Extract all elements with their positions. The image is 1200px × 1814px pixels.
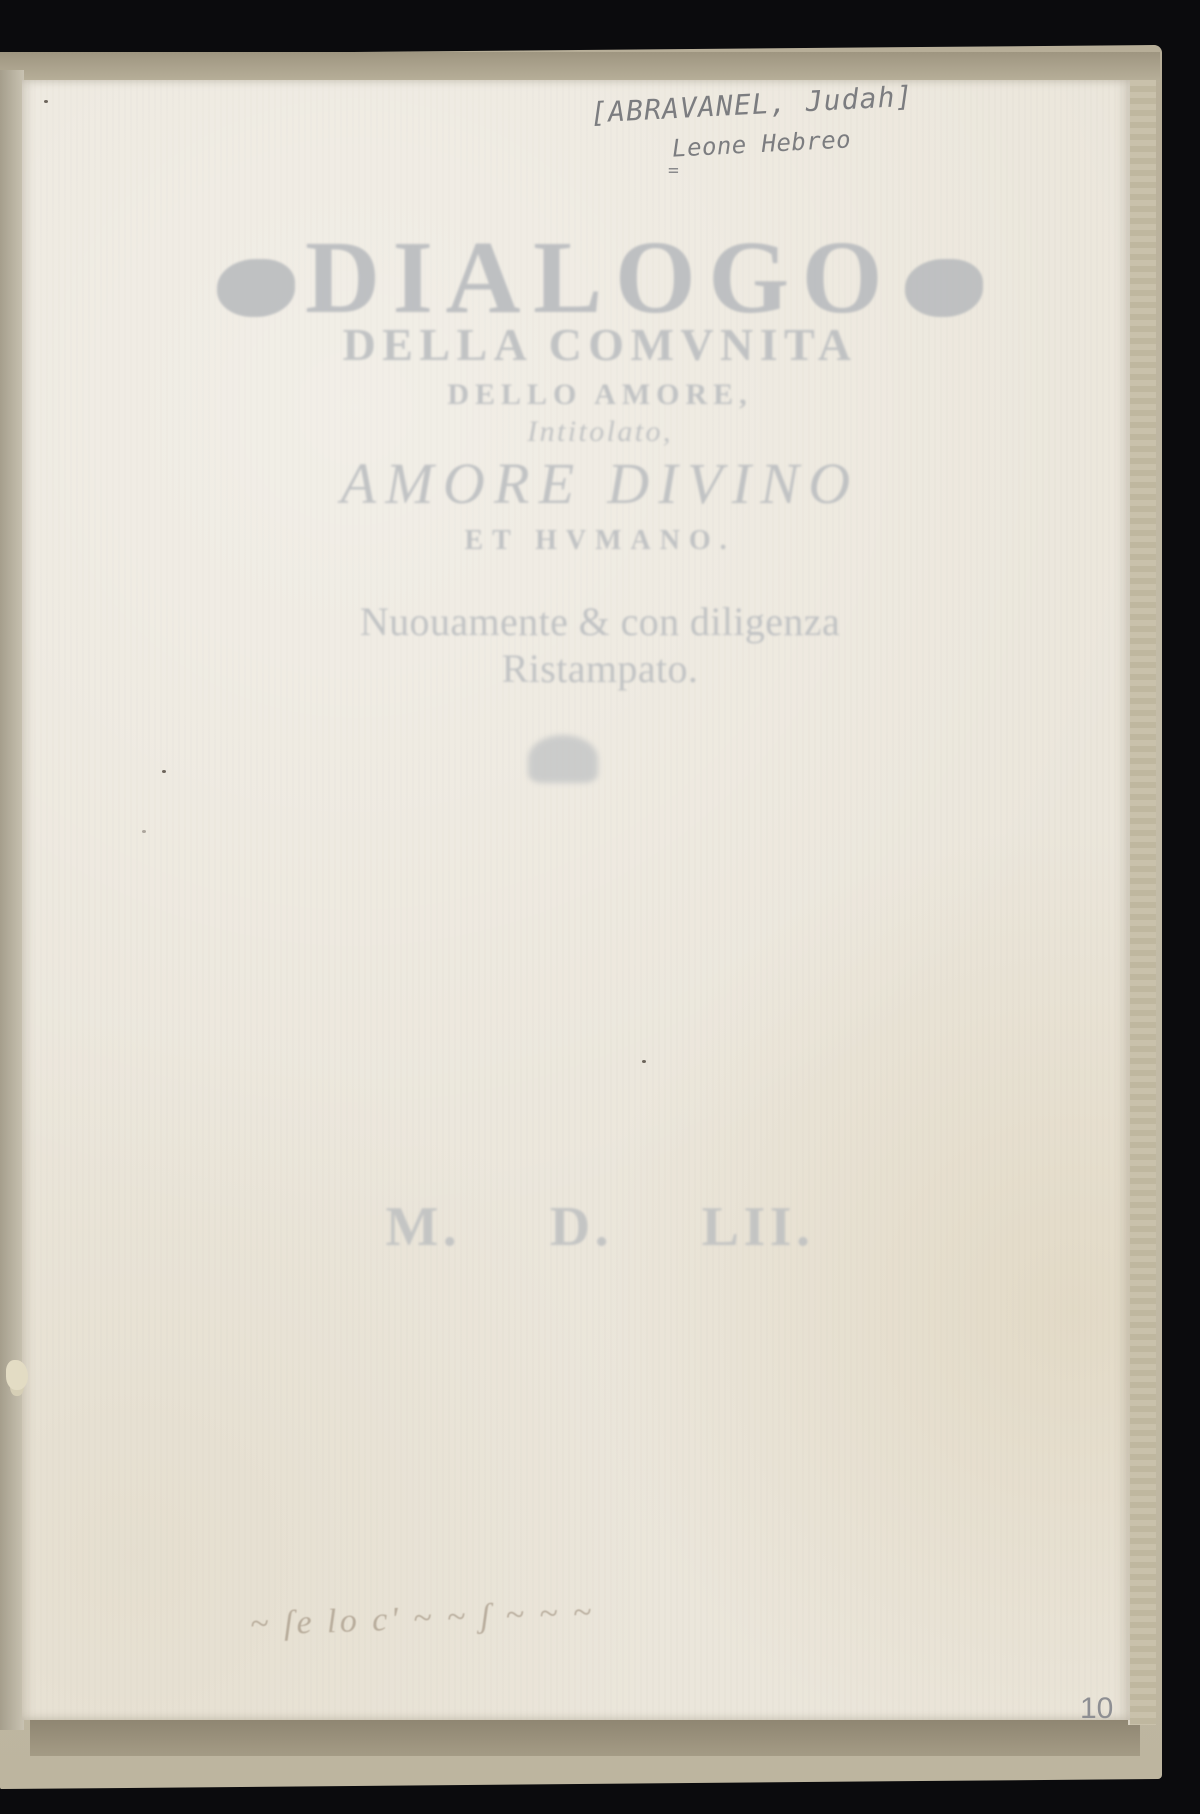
folio-number: 10: [1080, 1692, 1113, 1726]
cover-bottom-edge: [30, 1720, 1140, 1756]
ink-speck: [142, 830, 146, 833]
fleuron-right-icon: [905, 259, 983, 317]
pencil-underline-mark: =: [668, 160, 679, 181]
ink-speck: [162, 770, 166, 773]
title-line-4: Intitolato,: [0, 415, 1200, 449]
imprint-date: M. D. LII.: [0, 1195, 1200, 1259]
ink-speck: [44, 100, 48, 103]
title-line-8: Ristampato.: [0, 645, 1200, 692]
printers-ornament-icon: [528, 735, 598, 783]
title-line-2: DELLA COMVNITA: [0, 318, 1200, 371]
title-line-3: DELLO AMORE,: [0, 378, 1200, 412]
binding-thread: [6, 1360, 28, 1390]
cover-top-edge: [0, 52, 1160, 82]
title-line-6: ET HVMANO.: [0, 525, 1200, 557]
fleuron-left-icon: [217, 259, 295, 317]
title-line-7: Nuouamente & con diligenza: [0, 598, 1200, 645]
ink-speck: [642, 1060, 646, 1063]
title-line-5: AMORE DIVINO: [0, 450, 1200, 517]
